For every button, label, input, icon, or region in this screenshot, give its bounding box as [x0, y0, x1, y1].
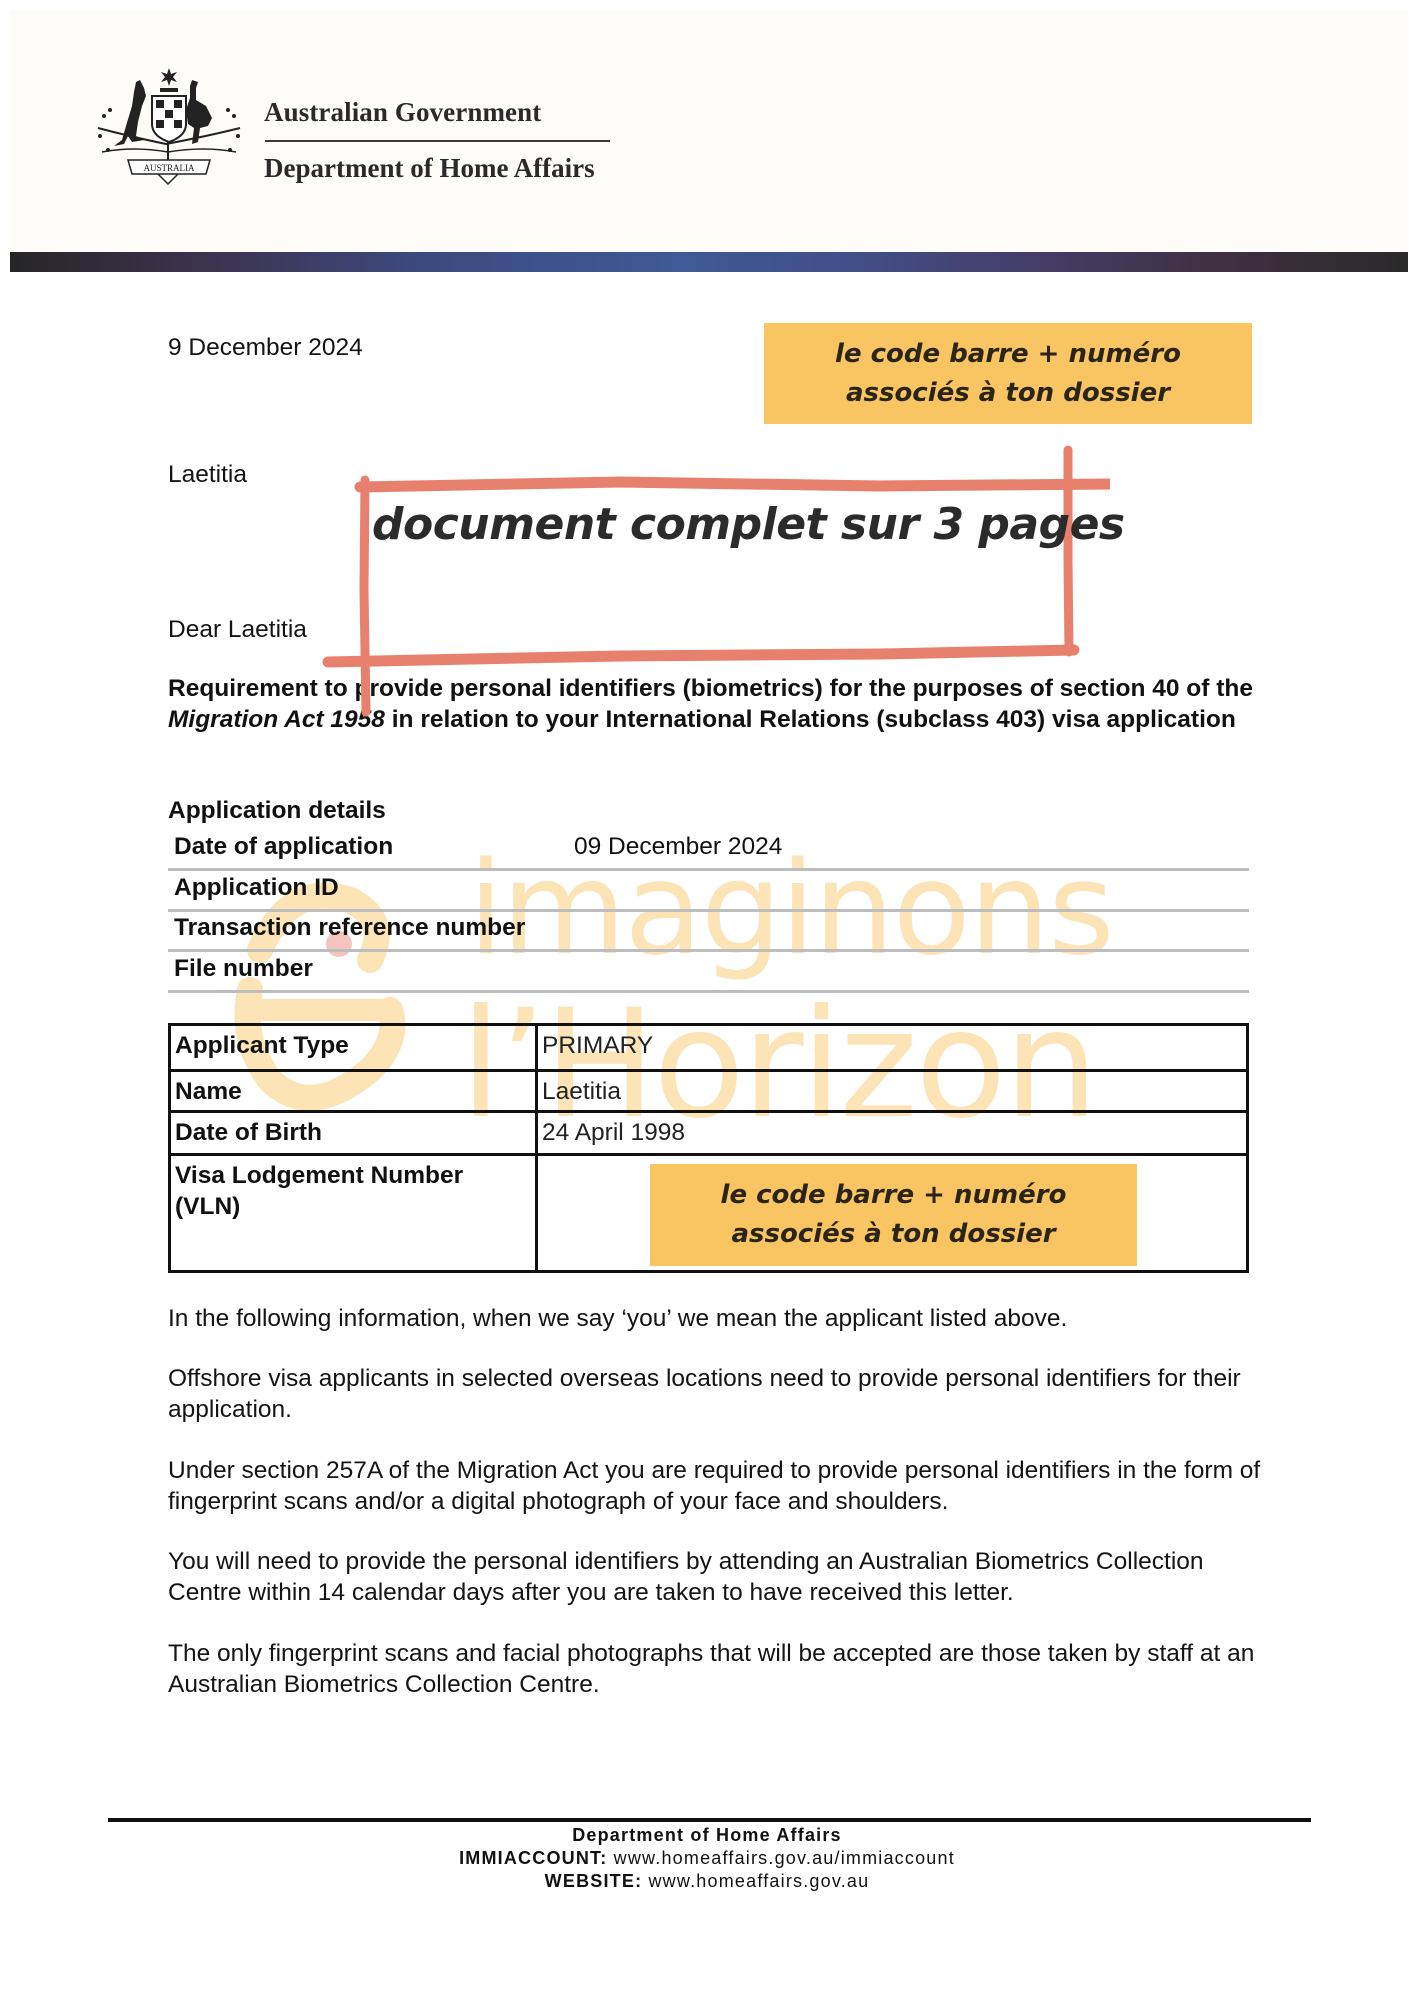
letterhead-divider [265, 140, 610, 142]
body-paragraph: You will need to provide the personal id… [168, 1546, 1278, 1608]
row-label: Date of application [174, 833, 393, 861]
heading-part-1: Requirement to provide personal identifi… [168, 675, 1253, 702]
letterhead-banner [10, 252, 1408, 272]
recipient-name: Laetitia [168, 459, 247, 490]
red-box-label: document complet sur 3 pages [372, 497, 1062, 553]
name-value: Laetitia [542, 1076, 621, 1107]
body-paragraph: The only fingerprint scans and facial ph… [168, 1638, 1278, 1700]
immiaccount-link[interactable]: www.homeaffairs.gov.au/immiaccount [614, 1848, 955, 1868]
heading-act-title: Migration Act 1958 [168, 706, 385, 733]
immiaccount-label: IMMIACCOUNT: [459, 1848, 607, 1868]
applicant-type-label: Applicant Type [175, 1030, 525, 1061]
sticky-note-barcode-vln: le code barre + numéro associés à ton do… [650, 1164, 1137, 1266]
applicant-table-row: Name Laetitia [171, 1072, 1246, 1113]
footer-website: WEBSITE: www.homeaffairs.gov.au [0, 1871, 1414, 1892]
applicant-table-column-divider [535, 1026, 538, 1270]
row-label: File number [174, 955, 313, 983]
svg-text:AUSTRALIA: AUSTRALIA [144, 163, 195, 173]
sticky-line-2: associés à ton dossier [846, 374, 1170, 413]
row-label: Application ID [174, 874, 339, 902]
sticky-line-1: le code barre + numéro [835, 335, 1181, 374]
sticky-line-2: associés à ton dossier [731, 1215, 1055, 1254]
website-link[interactable]: www.homeaffairs.gov.au [648, 1871, 869, 1891]
letter-heading: Requirement to provide personal identifi… [168, 673, 1258, 735]
salutation: Dear Laetitia [168, 614, 307, 645]
name-label: Name [175, 1076, 525, 1107]
date-of-birth-value: 24 April 1998 [542, 1117, 685, 1148]
sticky-note-barcode-top: le code barre + numéro associés à ton do… [764, 323, 1252, 424]
website-label: WEBSITE: [545, 1871, 643, 1891]
letter-date: 9 December 2024 [168, 332, 363, 363]
row-label: Transaction reference number [174, 914, 525, 942]
applicant-table-row: Applicant Type PRIMARY [171, 1026, 1246, 1072]
application-details-row: Date of application 09 December 2024 [168, 829, 1249, 869]
footer-divider [108, 1818, 1311, 1822]
sticky-line-1: le code barre + numéro [721, 1176, 1067, 1215]
application-details-title: Application details [168, 797, 386, 825]
australian-coat-of-arms-icon: AUSTRALIA [88, 66, 250, 186]
footer-department: Department of Home Affairs [0, 1825, 1414, 1846]
row-value: 09 December 2024 [574, 833, 782, 861]
department-name: Department of Home Affairs [264, 153, 595, 184]
applicant-table-row: Date of Birth 24 April 1998 [171, 1113, 1246, 1156]
applicant-type-value: PRIMARY [542, 1030, 653, 1061]
row-divider [168, 990, 1249, 993]
application-details-row: File number [168, 951, 1249, 991]
footer-immiaccount: IMMIACCOUNT: www.homeaffairs.gov.au/immi… [0, 1848, 1414, 1869]
application-details-row: Transaction reference number [168, 910, 1249, 950]
application-details-row: Application ID [168, 870, 1249, 910]
body-paragraph: Under section 257A of the Migration Act … [168, 1455, 1278, 1517]
body-paragraph: Offshore visa applicants in selected ove… [168, 1363, 1278, 1425]
body-paragraph: In the following information, when we sa… [168, 1303, 1278, 1334]
date-of-birth-label: Date of Birth [175, 1117, 525, 1148]
government-name: Australian Government [264, 97, 541, 128]
vln-label: Visa Lodgement Number (VLN) [175, 1160, 525, 1222]
heading-part-2: in relation to your International Relati… [385, 706, 1236, 733]
